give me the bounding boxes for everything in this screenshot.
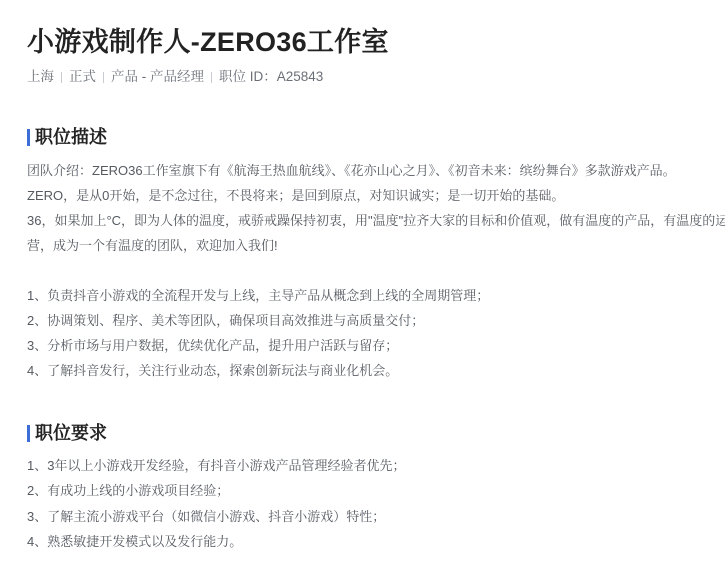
job-location: 上海	[27, 67, 54, 87]
team-intro: 团队介绍：ZERO36工作室旗下有《航海王热血航线》、《花亦山心之月》、《初音未…	[27, 158, 725, 258]
list-item: 4、熟悉敏捷开发模式以及发行能力。	[27, 529, 725, 554]
list-item: 1、负责抖音小游戏的全流程开发与上线，主导产品从概念到上线的全周期管理；	[27, 283, 725, 308]
section-title: 职位要求	[35, 420, 107, 446]
section-heading-description: 职位描述	[27, 124, 725, 150]
section-title: 职位描述	[35, 124, 107, 150]
requirements-list: 1、3年以上小游戏开发经验，有抖音小游戏产品管理经验者优先； 2、有成功上线的小…	[27, 453, 725, 554]
list-item: 1、3年以上小游戏开发经验，有抖音小游戏产品管理经验者优先；	[27, 453, 725, 478]
accent-bar	[27, 129, 30, 146]
accent-bar	[27, 425, 30, 442]
job-title: 小游戏制作人-ZERO36工作室	[27, 0, 725, 60]
intro-line: 营，成为一个有温度的团队，欢迎加入我们!	[27, 233, 725, 258]
list-item: 2、有成功上线的小游戏项目经验；	[27, 478, 725, 503]
meta-divider	[211, 72, 212, 83]
job-meta: 上海 正式 产品 - 产品经理 职位 ID：A25843	[27, 67, 725, 87]
job-detail-page: 小游戏制作人-ZERO36工作室 上海 正式 产品 - 产品经理 职位 ID：A…	[0, 0, 725, 554]
job-type: 正式	[69, 67, 96, 87]
job-id: 职位 ID：A25843	[219, 67, 323, 87]
meta-divider	[103, 72, 104, 83]
intro-line: ZERO，是从0开始，是不念过往，不畏将来；是回到原点，对知识诚实；是一切开始的…	[27, 183, 725, 208]
intro-line: 团队介绍：ZERO36工作室旗下有《航海王热血航线》、《花亦山心之月》、《初音未…	[27, 158, 725, 183]
duties-list: 1、负责抖音小游戏的全流程开发与上线，主导产品从概念到上线的全周期管理； 2、协…	[27, 283, 725, 383]
section-heading-requirements: 职位要求	[27, 420, 725, 446]
meta-divider	[61, 72, 62, 83]
job-category: 产品 - 产品经理	[111, 67, 204, 87]
intro-line: 36，如果加上°C，即为人体的温度，戒骄戒躁保持初衷，用"温度"拉齐大家的目标和…	[27, 208, 725, 233]
list-item: 4、了解抖音发行，关注行业动态，探索创新玩法与商业化机会。	[27, 358, 725, 383]
list-item: 3、了解主流小游戏平台（如微信小游戏、抖音小游戏）特性；	[27, 504, 725, 529]
list-item: 3、分析市场与用户数据，优续优化产品，提升用户活跃与留存；	[27, 333, 725, 358]
list-item: 2、协调策划、程序、美术等团队，确保项目高效推进与高质量交付；	[27, 308, 725, 333]
